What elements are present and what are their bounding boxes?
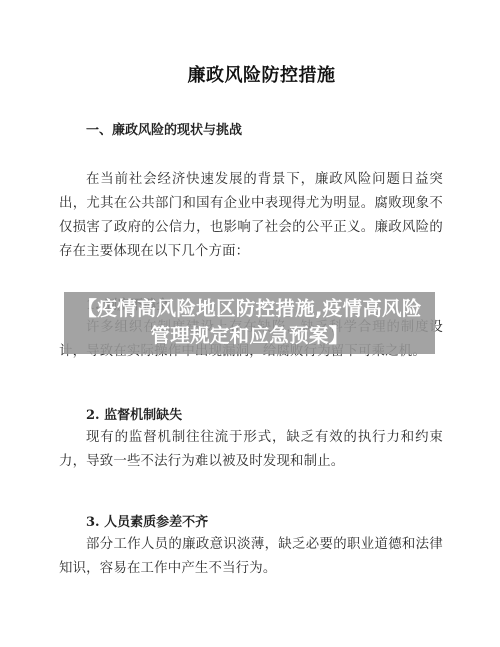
intro-paragraph: 在当前社会经济快速发展的背景下，廉政风险问题日益突出，尤其在公共部门和国有企业中… [59,168,443,264]
section-heading: 一、廉政风险的现状与挑战 [86,119,242,138]
item-body-2: 现有的监督机制往往流于形式，缺乏有效的执行力和约束力，导致一些不法行为难以被及时… [59,426,443,474]
overlay-title-banner: 【疫情高风险地区防控措施,疫情高风险管理规定和应急预案】 [64,292,435,354]
document-page: 廉政风险防控措施 一、廉政风险的现状与挑战 在当前社会经济快速发展的背景下，廉政… [0,0,500,647]
document-title: 廉政风险防控措施 [0,61,500,87]
banner-title-text: 【疫情高风险地区防控措施,疫情高风险管理规定和应急预案】 [72,295,427,349]
item-heading-2: 2. 监督机制缺失 [86,404,182,423]
item-heading-3: 3. 人员素质参差不齐 [86,511,208,530]
item-body-3: 部分工作人员的廉政意识淡薄，缺乏必要的职业道德和法律知识，容易在工作中产生不当行… [59,533,443,581]
